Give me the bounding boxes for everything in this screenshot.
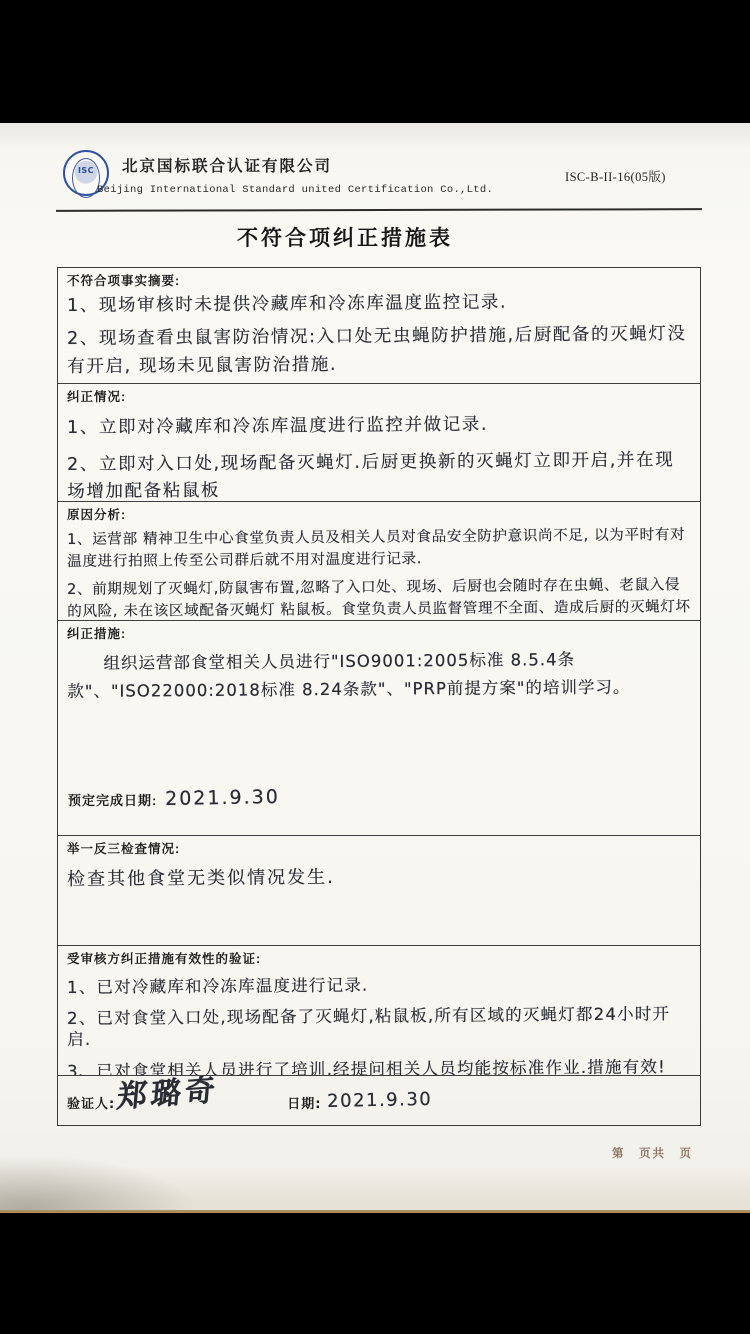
section-summary: 不符合项事实摘要: 1、现场审核时未提供冷藏库和冷冻库温度监控记录. 2、现场查… [58, 268, 700, 384]
verification-label: 受审核方纠正措施有效性的验证: [67, 949, 691, 967]
planned-date-label: 预定完成日期: [68, 790, 157, 809]
verifier-label: 验证人: [67, 1093, 115, 1112]
form-table: 不符合项事实摘要: 1、现场审核时未提供冷藏库和冷冻库温度监控记录. 2、现场查… [57, 267, 701, 1126]
inference-label: 举一反三检查情况: [67, 839, 691, 857]
verification-line-1: 1、已对冷藏库和冷冻库温度进行记录. [67, 972, 691, 998]
header-rule [56, 208, 702, 212]
section-verification: 受审核方纠正措施有效性的验证: 1、已对冷藏库和冷冻库温度进行记录. 2、已对食… [58, 946, 700, 1076]
page-number-footer: 第 页共 页 [57, 1145, 701, 1161]
section-sign-off: 验证人: 郑璐奇 日期: 2021.9.30 [58, 1076, 700, 1125]
page-title: 不符合项纠正措施表 [0, 222, 690, 252]
verifier-signature: 郑璐奇 [116, 1076, 220, 1113]
summary-line-1: 1、现场审核时未提供冷藏库和冷冻库温度监控记录. [67, 293, 691, 315]
cause-line-1: 1、运营部 精神卫生中心食堂负责人员及相关人员对食品安全防护意识尚不足, 以为平… [67, 524, 691, 573]
letterbox-top [0, 0, 750, 123]
section-inference-check: 举一反三检查情况: 检查其他食堂无类似情况发生. [58, 836, 700, 946]
verification-line-3: 3、已对食堂相关人员进行了培训,经提问相关人员均能按标准作业.措施有效! [67, 1056, 691, 1076]
measures-paragraph: 组织运营部食堂相关人员进行"ISO9001:2005标准 8.5.4条款"、"I… [67, 645, 687, 706]
company-name-en: Beijing International Standard united Ce… [97, 184, 493, 196]
logo-globe [72, 158, 100, 198]
correction-label: 纠正情况: [67, 387, 691, 405]
sign-date-value: 2021.9.30 [327, 1091, 432, 1111]
summary-label: 不符合项事实摘要: [67, 271, 691, 289]
planned-date-value: 2021.9.30 [165, 788, 280, 809]
measures-label: 纠正措施: [67, 624, 691, 642]
section-correction: 纠正情况: 1、立即对冷藏库和冷冻库温度进行监控并做记录. 2、立即对入口处,现… [58, 384, 700, 502]
verification-line-2: 2、已对食堂入口处,现场配备了灭蝇灯,粘鼠板,所有区域的灭蝇灯都24小时开启. [67, 1004, 691, 1052]
document-photo: ISC 北京国标联合认证有限公司 Beijing International S… [0, 123, 750, 1213]
cause-label: 原因分析: [67, 505, 691, 523]
letterbox-bottom [0, 1213, 750, 1334]
inference-line-1: 检查其他食堂无类似情况发生. [67, 866, 691, 889]
planned-date-line: 预定完成日期: 2021.9.30 [68, 790, 280, 809]
isc-logo-icon: ISC [63, 148, 113, 206]
sign-date-label: 日期: [287, 1093, 321, 1112]
correction-line-2: 2、立即对入口处,现场配备灭蝇灯.后厨更换新的灭蝇灯立即开启,并在现场增加配备粘… [67, 447, 691, 502]
section-cause-analysis: 原因分析: 1、运营部 精神卫生中心食堂负责人员及相关人员对食品安全防护意识尚不… [58, 502, 700, 621]
cause-line-2: 2、前期规划了灭蝇灯,防鼠害布置,忽略了入口处、现场、后厨也会随时存在虫蝇、老鼠… [67, 574, 691, 621]
form-code: ISC-B-II-16(05版) [565, 167, 666, 185]
correction-line-1: 1、立即对冷藏库和冷冻库温度进行监控并做记录. [67, 410, 691, 442]
section-corrective-measures: 纠正措施: 组织运营部食堂相关人员进行"ISO9001:2005标准 8.5.4… [58, 621, 700, 836]
company-name-cn: 北京国标联合认证有限公司 [122, 154, 332, 176]
logo-text: ISC [63, 166, 109, 175]
summary-line-2: 2、现场查看虫鼠害防治情况:入口处无虫蝇防护措施,后厨配备的灭蝇灯没有开启, 现… [67, 320, 691, 381]
